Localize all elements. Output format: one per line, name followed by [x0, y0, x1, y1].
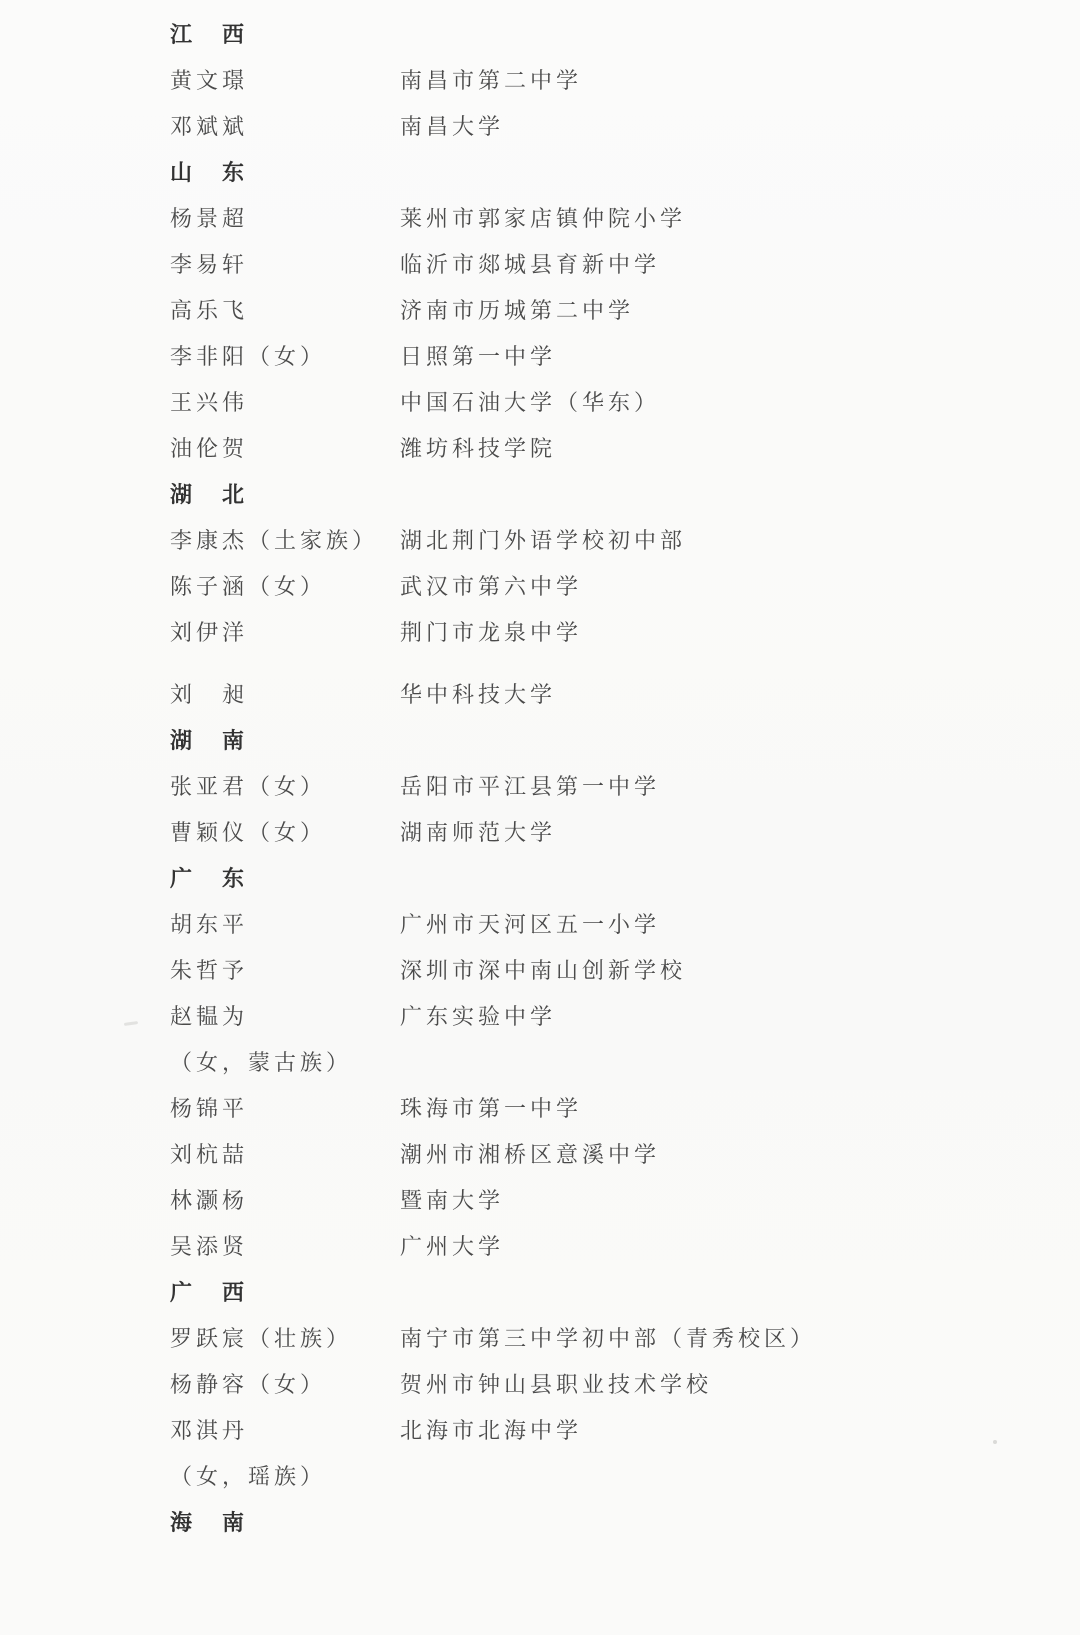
awardee-name: 邓淇丹	[170, 1414, 400, 1445]
section-guangxi: 广 西 罗跃宸（壮族） 南宁市第三中学初中部（青秀校区） 杨静容（女） 贺州市钟…	[170, 1268, 1040, 1498]
awardee-school: 广州大学	[400, 1230, 1040, 1261]
section-guangdong: 广 东 胡东平 广州市天河区五一小学 朱哲予 深圳市深中南山创新学校 赵韫为 广…	[170, 854, 1040, 1268]
awardee-school: 湖南师范大学	[400, 816, 1040, 847]
section-hunan: 湖 南 张亚君（女） 岳阳市平江县第一中学 曹颖仪（女） 湖南师范大学	[170, 716, 1040, 854]
award-row: 曹颖仪（女） 湖南师范大学	[170, 808, 1040, 854]
awardee-school: 广州市天河区五一小学	[400, 908, 1040, 939]
awardee-name: 李非阳（女）	[170, 340, 400, 371]
awardee-note-line: （女，瑶族）	[170, 1452, 1040, 1498]
awardee-school: 南昌市第二中学	[400, 64, 1040, 95]
province-title: 湖 北	[170, 478, 248, 509]
section-jiangxi: 江 西 黄文璟 南昌市第二中学 邓斌斌 南昌大学	[170, 10, 1040, 148]
awardee-name: 曹颖仪（女）	[170, 816, 400, 847]
awardee-name: 王兴伟	[170, 386, 400, 417]
section-shandong: 山 东 杨景超 莱州市郭家店镇仲院小学 李易轩 临沂市郯城县育新中学 高乐飞 济…	[170, 148, 1040, 470]
awardee-note: （女，瑶族）	[170, 1460, 326, 1491]
province-heading-guangdong: 广 东	[170, 854, 1040, 900]
award-row: 吴添贤 广州大学	[170, 1222, 1040, 1268]
province-heading-guangxi: 广 西	[170, 1268, 1040, 1314]
awardee-school: 南昌大学	[400, 110, 1040, 141]
awardee-name: 刘 昶	[170, 678, 400, 709]
award-row: 黄文璟 南昌市第二中学	[170, 56, 1040, 102]
awardee-school: 珠海市第一中学	[400, 1092, 1040, 1123]
awardee-school: 贺州市钟山县职业技术学校	[400, 1368, 1040, 1399]
awardee-school: 华中科技大学	[400, 678, 1040, 709]
awardee-name: 朱哲予	[170, 954, 400, 985]
awardee-school: 北海市北海中学	[400, 1414, 1040, 1445]
awardee-school: 武汉市第六中学	[400, 570, 1040, 601]
awardee-name: 刘伊洋	[170, 616, 400, 647]
province-heading-hubei: 湖 北	[170, 470, 1040, 516]
award-row: 王兴伟 中国石油大学（华东）	[170, 378, 1040, 424]
awardee-name: 高乐飞	[170, 294, 400, 325]
award-row: 杨锦平 珠海市第一中学	[170, 1084, 1040, 1130]
award-row: 罗跃宸（壮族） 南宁市第三中学初中部（青秀校区）	[170, 1314, 1040, 1360]
province-title: 广 西	[170, 1276, 248, 1307]
province-title: 江 西	[170, 18, 248, 49]
award-row: 油伦贺 潍坊科技学院	[170, 424, 1040, 470]
award-row: 高乐飞 济南市历城第二中学	[170, 286, 1040, 332]
award-row: 胡东平 广州市天河区五一小学	[170, 900, 1040, 946]
awardee-name: 杨静容（女）	[170, 1368, 400, 1399]
awardee-school: 荆门市龙泉中学	[400, 616, 1040, 647]
award-row: 张亚君（女） 岳阳市平江县第一中学	[170, 762, 1040, 808]
awardee-school: 潍坊科技学院	[400, 432, 1040, 463]
award-row: 赵韫为 广东实验中学	[170, 992, 1040, 1038]
section-hainan: 海 南	[170, 1498, 1040, 1544]
awardee-name: 张亚君（女）	[170, 770, 400, 801]
province-heading-hainan: 海 南	[170, 1498, 1040, 1544]
awardee-name: 李易轩	[170, 248, 400, 279]
awardee-name: 黄文璟	[170, 64, 400, 95]
awardee-school: 莱州市郭家店镇仲院小学	[400, 202, 1040, 233]
awardee-name: 李康杰（土家族）	[170, 524, 400, 555]
awardee-name: 林灏杨	[170, 1184, 400, 1215]
awardee-school: 中国石油大学（华东）	[400, 386, 1040, 417]
award-row: 杨静容（女） 贺州市钟山县职业技术学校	[170, 1360, 1040, 1406]
awardee-school: 济南市历城第二中学	[400, 294, 1040, 325]
award-row: 刘 昶 华中科技大学	[170, 670, 1040, 716]
awardee-school: 岳阳市平江县第一中学	[400, 770, 1040, 801]
scanned-document-page: 江 西 黄文璟 南昌市第二中学 邓斌斌 南昌大学 山 东 杨景超 莱州市郭家店镇…	[0, 0, 1080, 1635]
awardee-school: 临沂市郯城县育新中学	[400, 248, 1040, 279]
awardee-note-line: （女，蒙古族）	[170, 1038, 1040, 1084]
province-heading-hunan: 湖 南	[170, 716, 1040, 762]
award-row: 李易轩 临沂市郯城县育新中学	[170, 240, 1040, 286]
award-row: 李康杰（土家族） 湖北荆门外语学校初中部	[170, 516, 1040, 562]
province-heading-jiangxi: 江 西	[170, 10, 1040, 56]
awardee-name: 油伦贺	[170, 432, 400, 463]
award-list: 江 西 黄文璟 南昌市第二中学 邓斌斌 南昌大学 山 东 杨景超 莱州市郭家店镇…	[170, 10, 1040, 1544]
awardee-school: 暨南大学	[400, 1184, 1040, 1215]
section-hubei: 湖 北 李康杰（土家族） 湖北荆门外语学校初中部 陈子涵（女） 武汉市第六中学 …	[170, 470, 1040, 716]
award-row: 李非阳（女） 日照第一中学	[170, 332, 1040, 378]
award-row: 刘杭喆 潮州市湘桥区意溪中学	[170, 1130, 1040, 1176]
awardee-school: 深圳市深中南山创新学校	[400, 954, 1040, 985]
scan-artifact	[124, 1021, 138, 1026]
province-title: 山 东	[170, 156, 248, 187]
award-row: 林灏杨 暨南大学	[170, 1176, 1040, 1222]
awardee-name: 吴添贤	[170, 1230, 400, 1261]
scan-artifact	[993, 1440, 997, 1444]
awardee-name: 罗跃宸（壮族）	[170, 1322, 400, 1353]
province-title: 广 东	[170, 862, 248, 893]
awardee-note: （女，蒙古族）	[170, 1046, 352, 1077]
awardee-school: 广东实验中学	[400, 1000, 1040, 1031]
awardee-school: 南宁市第三中学初中部（青秀校区）	[400, 1322, 1040, 1353]
awardee-school: 日照第一中学	[400, 340, 1040, 371]
awardee-name: 杨景超	[170, 202, 400, 233]
awardee-name: 赵韫为	[170, 1000, 400, 1031]
province-title: 海 南	[170, 1506, 248, 1537]
awardee-school: 湖北荆门外语学校初中部	[400, 524, 1040, 555]
awardee-school: 潮州市湘桥区意溪中学	[400, 1138, 1040, 1169]
awardee-name: 胡东平	[170, 908, 400, 939]
awardee-name: 刘杭喆	[170, 1138, 400, 1169]
award-row: 陈子涵（女） 武汉市第六中学	[170, 562, 1040, 608]
province-title: 湖 南	[170, 724, 248, 755]
award-row: 邓淇丹 北海市北海中学	[170, 1406, 1040, 1452]
awardee-name: 陈子涵（女）	[170, 570, 400, 601]
award-row: 杨景超 莱州市郭家店镇仲院小学	[170, 194, 1040, 240]
awardee-name: 邓斌斌	[170, 110, 400, 141]
awardee-name: 杨锦平	[170, 1092, 400, 1123]
award-row: 朱哲予 深圳市深中南山创新学校	[170, 946, 1040, 992]
award-row: 邓斌斌 南昌大学	[170, 102, 1040, 148]
province-heading-shandong: 山 东	[170, 148, 1040, 194]
award-row: 刘伊洋 荆门市龙泉中学	[170, 608, 1040, 654]
